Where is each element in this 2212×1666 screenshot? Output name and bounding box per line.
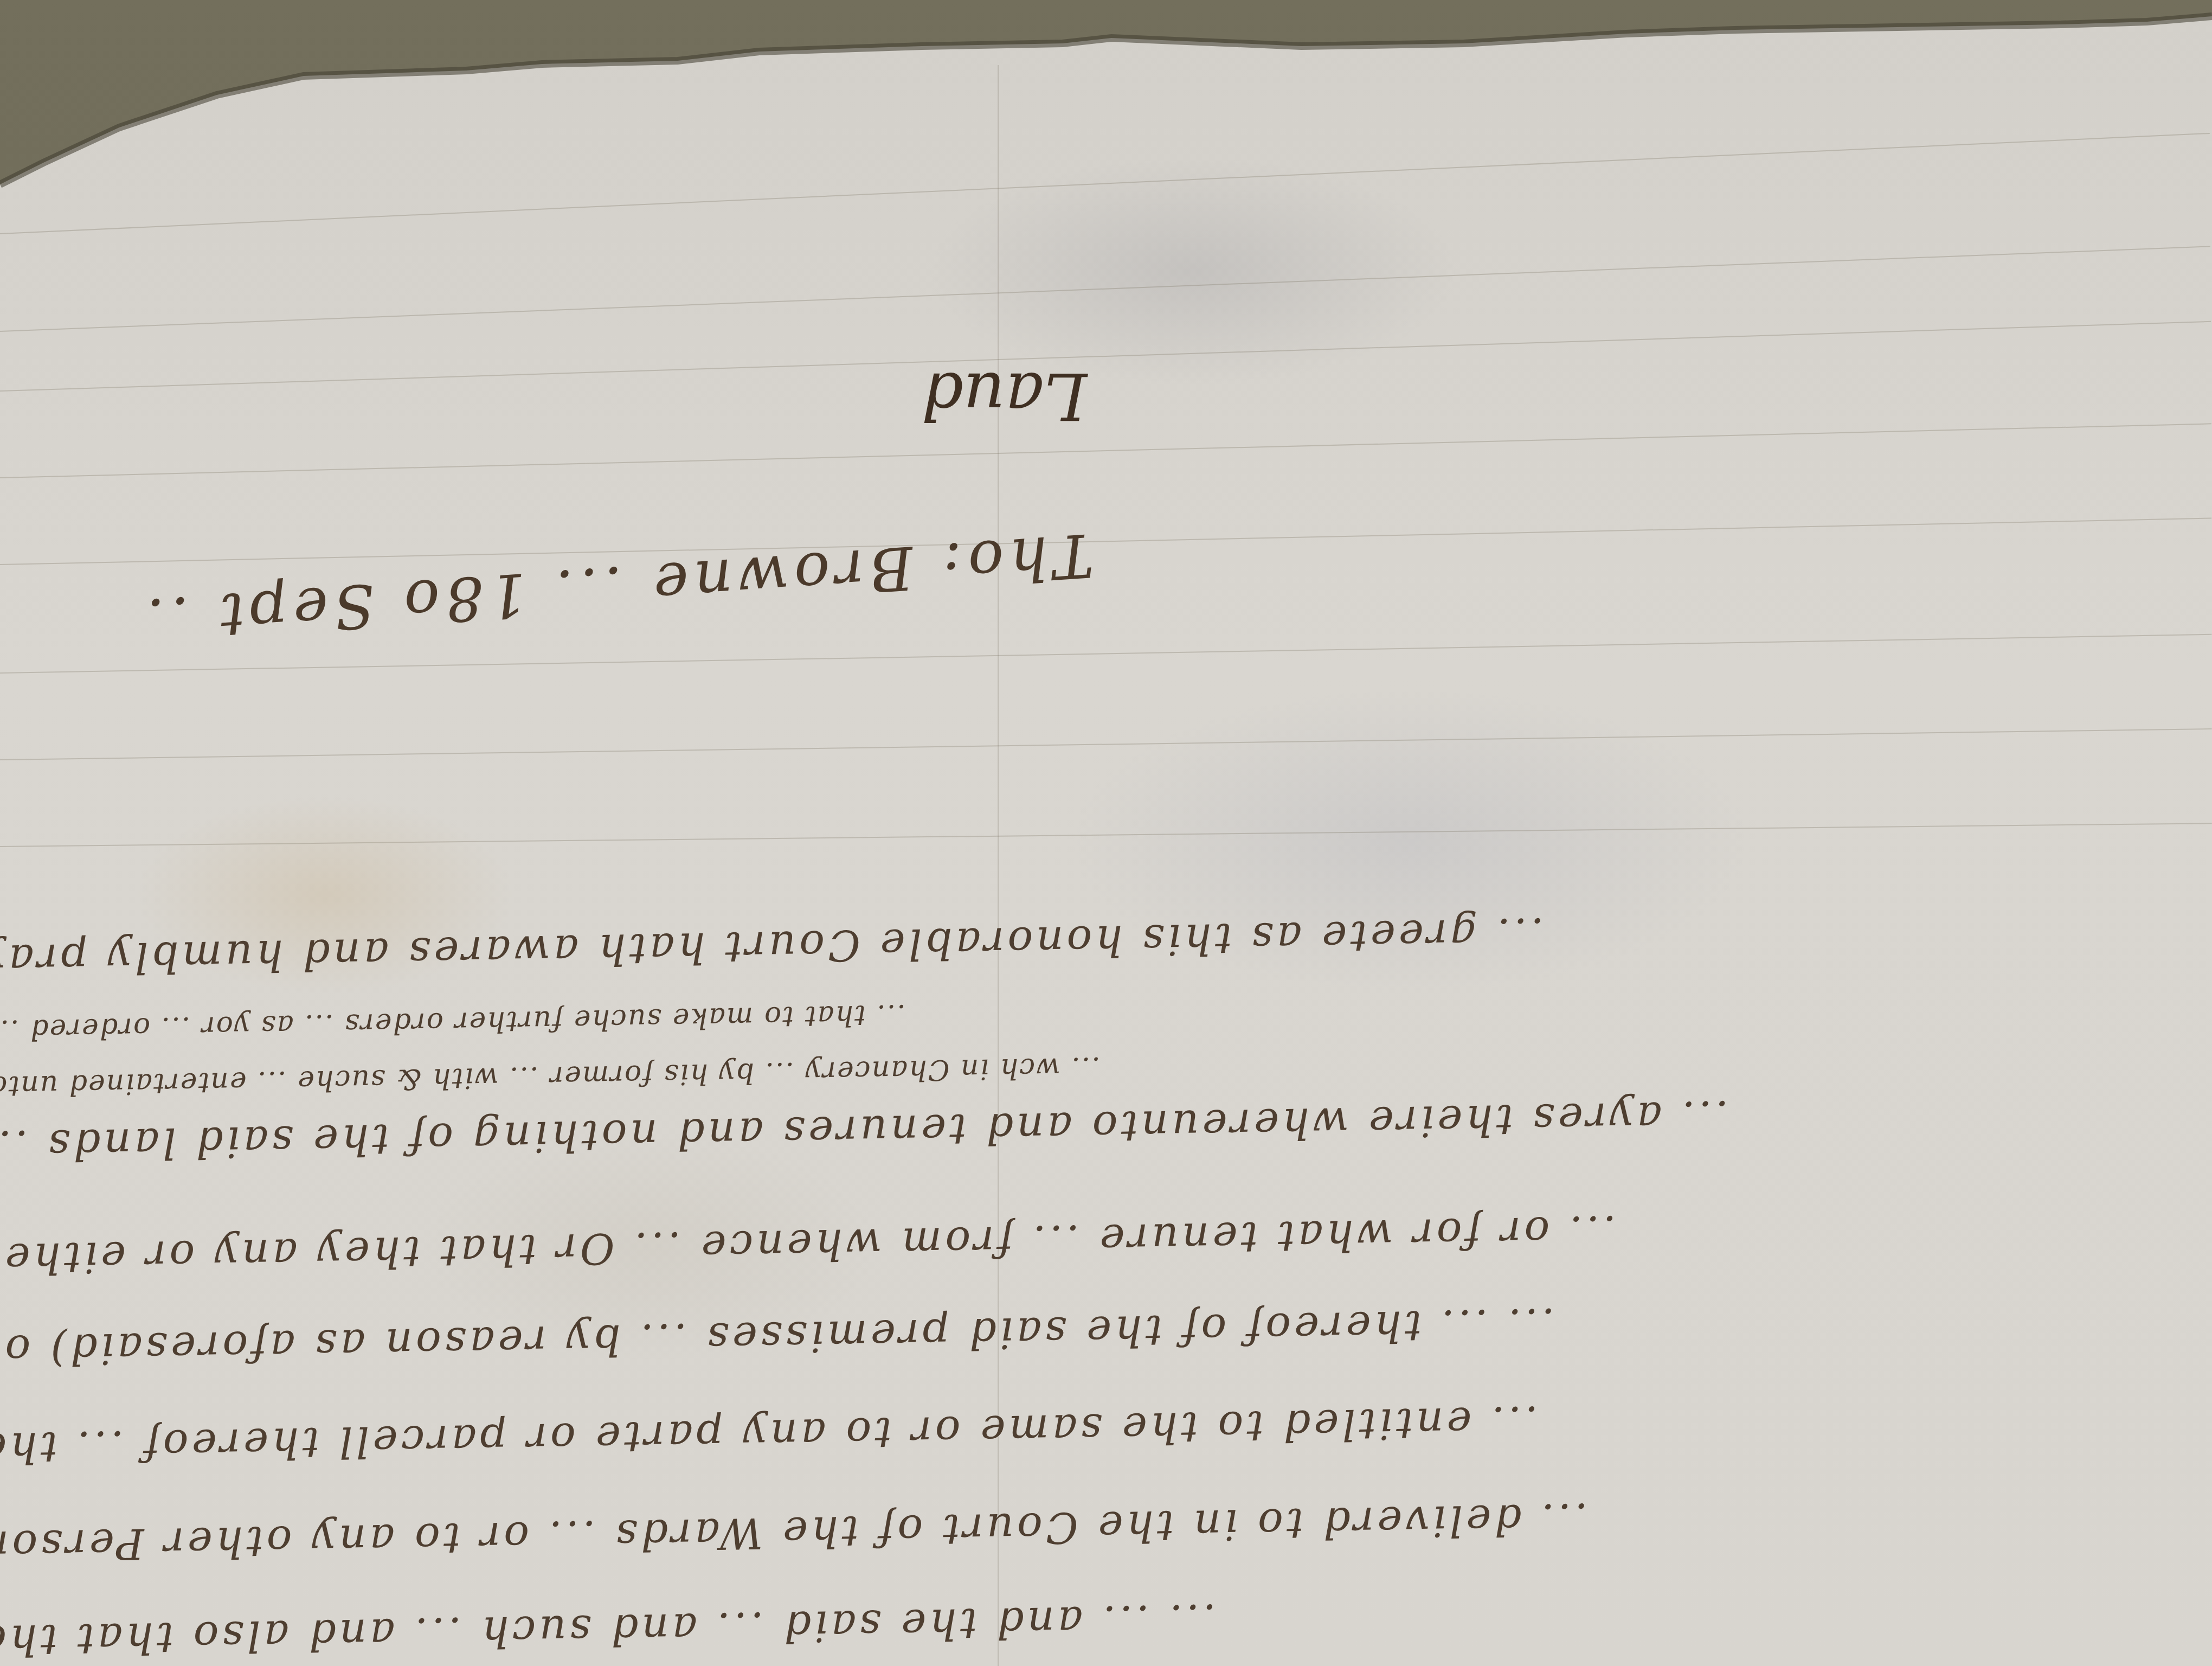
signature-mark: Laud [922,358,1087,433]
